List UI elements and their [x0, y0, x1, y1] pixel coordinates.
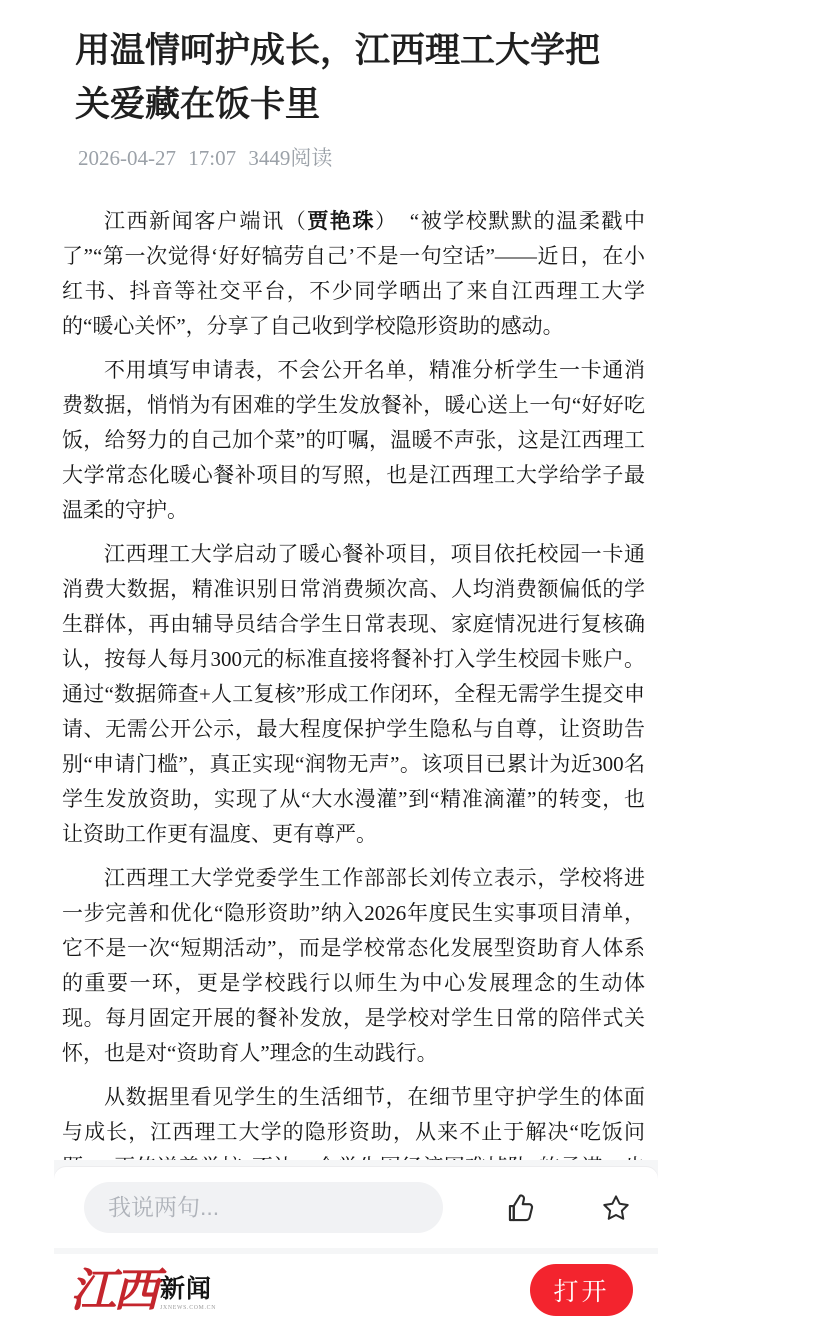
article-body: 江西新闻客户端讯（贾艳珠） “被学校默默的温柔戳中了”“第一次觉得‘好好犒劳自己…: [62, 204, 645, 1162]
logo-text-black: 新闻: [160, 1277, 238, 1303]
paragraph-2: 不用填写申请表，不会公开名单，精准分析学生一卡通消费数据，悄悄为有困难的学生发放…: [62, 353, 645, 528]
paragraph-1: 江西新闻客户端讯（贾艳珠） “被学校默默的温柔戳中了”“第一次觉得‘好好犒劳自己…: [62, 204, 645, 344]
paragraph-5: 从数据里看见学生的生活细节，在细节里守护学生的体面与成长，江西理工大学的隐形资助…: [62, 1080, 645, 1162]
thumb-up-icon: [503, 1191, 537, 1225]
paragraph-4: 江西理工大学党委学生工作部部长刘传立表示，学校将进一步完善和优化“隐形资助”纳入…: [62, 861, 645, 1071]
article-content: 用温情呵护成长，江西理工大学把关爱藏在饭卡里 2026-04-27 17:07 …: [0, 0, 815, 1162]
favorite-button[interactable]: [594, 1186, 638, 1230]
jiangxi-news-logo: 江西 新闻 JXNEWS.COM.CN: [70, 1267, 238, 1315]
comment-input[interactable]: [84, 1182, 443, 1233]
star-icon: [600, 1192, 632, 1224]
news-source-label: 江西新闻客户端讯（: [104, 209, 307, 233]
app-banner: 江西 新闻 JXNEWS.COM.CN 打开: [54, 1254, 658, 1327]
article-meta: 2026-04-27 17:07 3449阅读: [78, 142, 815, 172]
author-name: 贾艳珠: [307, 209, 375, 233]
logo-text-red: 江西: [70, 1267, 156, 1315]
logo-subtext: JXNEWS.COM.CN: [160, 1304, 216, 1310]
comment-bar: [54, 1167, 658, 1248]
page-title: 用温情呵护成长，江西理工大学把关爱藏在饭卡里: [75, 24, 620, 132]
open-app-button[interactable]: 打开: [530, 1264, 633, 1316]
article-page: 用温情呵护成长，江西理工大学把关爱藏在饭卡里 2026-04-27 17:07 …: [0, 0, 815, 1327]
like-button[interactable]: [498, 1186, 542, 1230]
paragraph-3: 江西理工大学启动了暖心餐补项目，项目依托校园一卡通消费大数据，精准识别日常消费频…: [62, 537, 645, 852]
bottom-bar-section: 江西 新闻 JXNEWS.COM.CN 打开: [54, 1160, 658, 1327]
logo-right-block: 新闻 JXNEWS.COM.CN: [160, 1277, 238, 1313]
